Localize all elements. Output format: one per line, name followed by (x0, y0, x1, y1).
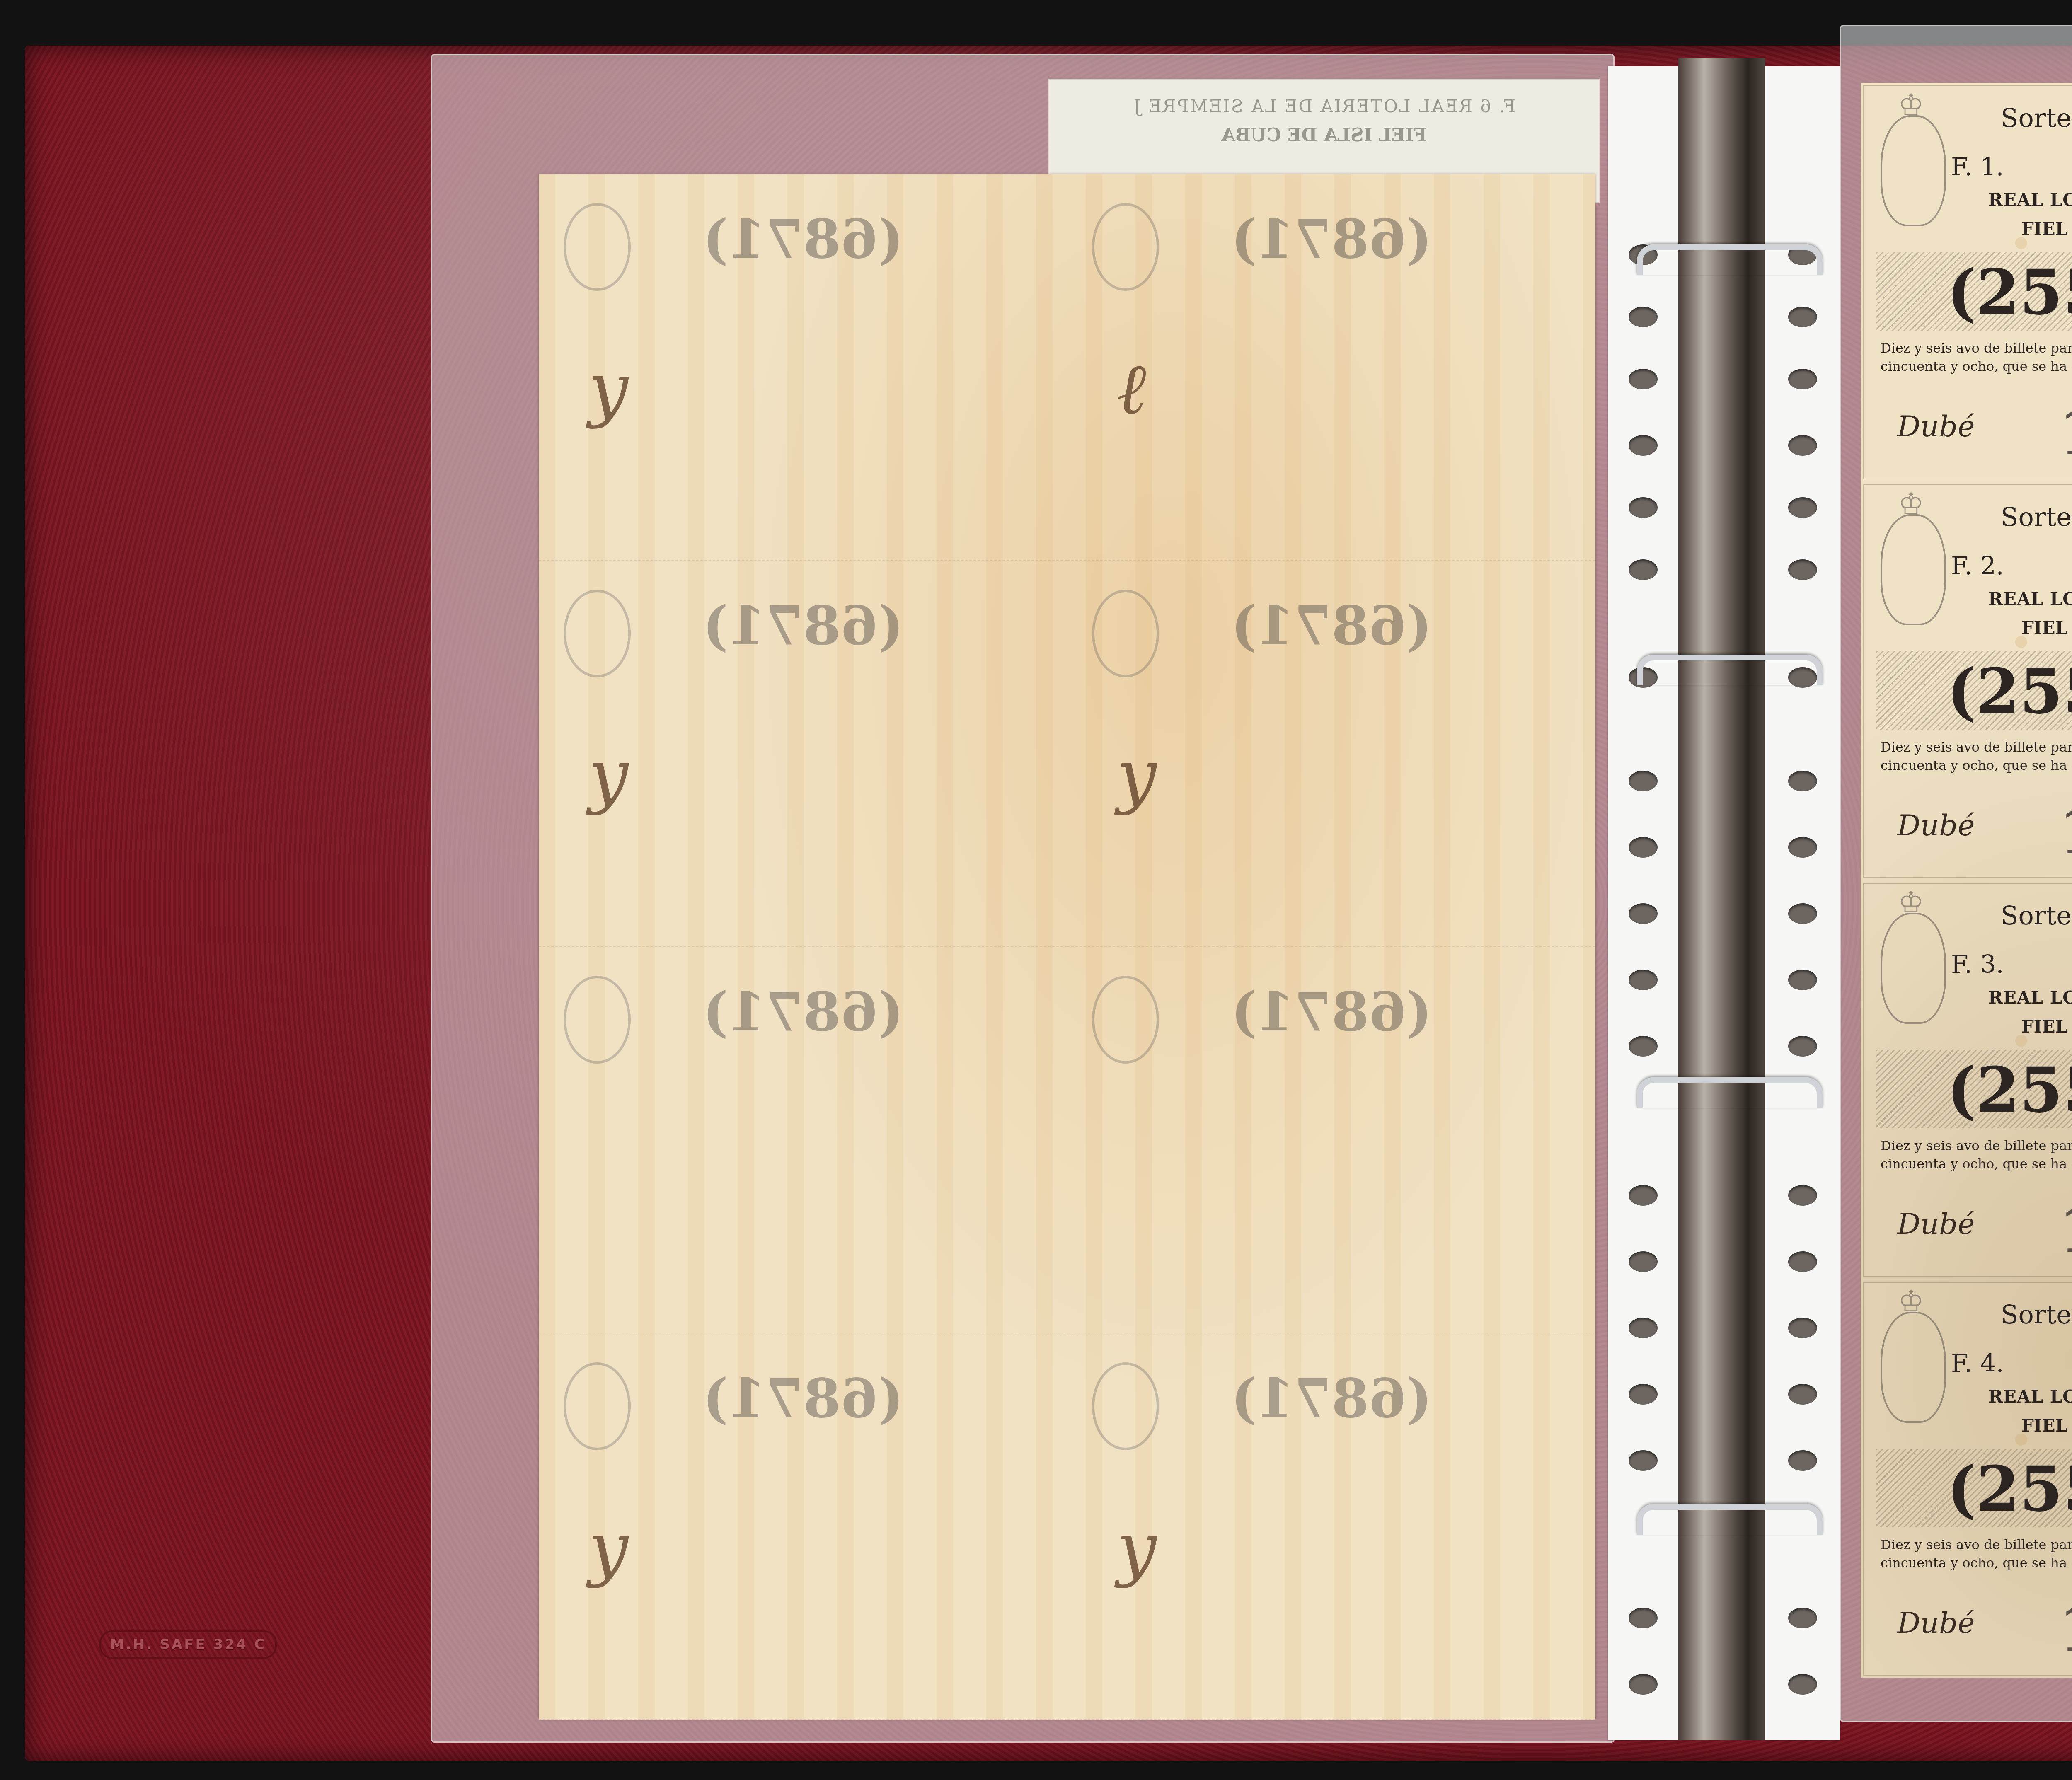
seal-icon (1092, 1362, 1159, 1450)
punch-hole (1788, 771, 1817, 791)
reverse-number: (6871) (702, 1366, 903, 1430)
reverse-number: (6871) (702, 207, 903, 271)
reverse-number: (6871) (702, 594, 903, 657)
binder-ring[interactable] (1637, 655, 1823, 685)
lottery-island: FIEL ISLA DE CUBA (2021, 1415, 2072, 1436)
reverse-number: (6871) (1231, 980, 1432, 1043)
lottery-name: REAL LOTERIA DE LA SIEMPRE (1988, 589, 2072, 609)
ticket-description: Diez y seis avo de billete para el sorte… (1881, 738, 2072, 774)
signature: Dubé (1897, 409, 1975, 443)
lottery-ticket: Sorteo número 758 F. 3. L REAL LOTERIA D… (1863, 883, 2072, 1277)
ticket-fraction-id: F. 2. (1951, 551, 2004, 580)
reverse-cell: (6871)y (539, 1333, 1067, 1720)
seal-icon (564, 1362, 631, 1450)
punch-hole (1788, 1384, 1817, 1405)
seal-icon (1092, 203, 1159, 291)
signature: Dubé (1897, 1207, 1975, 1241)
lottery-name: REAL LOTERIA DE LA SIEMPRE (1988, 1386, 2072, 1407)
ticket-number: (25571) (1947, 1453, 2072, 1526)
binder-ring[interactable] (1637, 1077, 1823, 1108)
handwriting: y (588, 1507, 628, 1589)
punch-hole (1788, 1608, 1817, 1628)
lottery-name: REAL LOTERIA DE LA SIEMPRE (1988, 190, 2072, 210)
lottery-ticket: Sorteo número 758 F. 2. G REAL LOTERIA D… (1863, 484, 2072, 878)
royal-crest-icon (1881, 514, 1946, 625)
punch-hole (1629, 307, 1658, 327)
royal-crest-icon (1881, 1312, 1946, 1423)
punch-hole (1629, 970, 1658, 990)
punch-hole (1629, 435, 1658, 456)
lottery-name: REAL LOTERIA DE LA SIEMPRE (1988, 987, 2072, 1008)
punch-hole (1788, 903, 1817, 924)
fraction-number: 16 (2059, 1594, 2072, 1666)
seal-icon (564, 590, 631, 677)
lottery-ticket: Sorteo número 758. F. 1. S REAL LOTERIA … (1863, 85, 2072, 479)
back-sheet-line2: FIEL ISLA DE CUBA (1049, 125, 1599, 146)
seal-icon (1092, 976, 1159, 1064)
draw-title: Sorteo número 758. (2001, 103, 2072, 133)
back-sheet-line1: F. 6 REAL LOTERIA DE LA SIEMPRE J (1049, 96, 1599, 116)
reverse-number: (6871) (1231, 1366, 1432, 1430)
punch-hole (1788, 435, 1817, 456)
seal-icon (564, 976, 631, 1064)
handwriting: y (588, 348, 628, 430)
punch-hole (1629, 497, 1658, 518)
draw-title: Sorteo número 758. (2001, 1299, 2072, 1330)
handwriting: ℓ (1117, 348, 1146, 430)
punch-hole (1788, 497, 1817, 518)
punch-hole (1788, 1450, 1817, 1471)
draw-title: Sorteo número 758 (2001, 900, 2072, 931)
fraction-number: 16 (2059, 1195, 2072, 1267)
signature: Dubé (1897, 808, 1975, 842)
seal-icon (1092, 590, 1159, 677)
punch-hole (1788, 307, 1817, 327)
right-ticket-sheet: Sorteo número 758. F. 1. S REAL LOTERIA … (1861, 83, 2072, 1678)
royal-crest-icon (1881, 115, 1946, 226)
punch-hole (1788, 1185, 1817, 1206)
ticket-number: (25571) (1947, 256, 2072, 329)
reverse-cell: (6871) (1067, 947, 1595, 1333)
fraction-number: 16 (2059, 397, 2072, 469)
reverse-cell: (6871)y (1067, 1333, 1595, 1720)
ticket-fraction-id: F. 4. (1951, 1349, 2004, 1378)
reverse-cell: (6871)y (1067, 561, 1595, 947)
seal-icon (564, 203, 631, 291)
punch-hole (1788, 1036, 1817, 1057)
binder-ring[interactable] (1637, 244, 1823, 275)
right-punch-strip (1765, 66, 1840, 1740)
punch-hole (1788, 1674, 1817, 1695)
handwriting: y (1117, 1507, 1157, 1589)
punch-hole (1629, 1036, 1658, 1057)
binder-ring[interactable] (1637, 1504, 1823, 1535)
punch-hole (1788, 369, 1817, 389)
reverse-cell: (6871)y (539, 561, 1067, 947)
ticket-fraction-id: F. 3. (1951, 950, 2004, 979)
handwriting: y (1117, 735, 1157, 817)
reverse-number: (6871) (1231, 207, 1432, 271)
punch-hole (1629, 771, 1658, 791)
fraction-number: 16 (2059, 796, 2072, 868)
punch-hole (1629, 559, 1658, 580)
signature: Dubé (1897, 1606, 1975, 1640)
ticket-fraction-id: F. 1. (1951, 152, 2004, 181)
punch-hole (1629, 1384, 1658, 1405)
punch-hole (1629, 837, 1658, 858)
reverse-number: (6871) (1231, 594, 1432, 657)
punch-hole (1629, 1251, 1658, 1272)
reverse-cell: (6871) (539, 947, 1067, 1333)
ticket-number: (25571) (1947, 655, 2072, 728)
punch-hole (1629, 1318, 1658, 1338)
punch-hole (1629, 1185, 1658, 1206)
lottery-island: FIEL ISLA DE CUBA (2021, 1016, 2072, 1037)
lottery-island: FIEL ISLA DE CUBA (2021, 618, 2072, 638)
punch-hole (1788, 837, 1817, 858)
punch-hole (1788, 559, 1817, 580)
ticket-number: (25571) (1947, 1054, 2072, 1127)
punch-hole (1629, 1674, 1658, 1695)
punch-hole (1788, 1318, 1817, 1338)
lottery-ticket: Sorteo número 758. F. 4. REAL LOTERIA DE… (1863, 1282, 2072, 1676)
left-reverse-ticket-sheet: (6871)y (6871)ℓ (6871)y (6871)y (6871) (… (539, 174, 1595, 1720)
punch-hole (1629, 1608, 1658, 1628)
punch-hole (1788, 1251, 1817, 1272)
reverse-number: (6871) (702, 980, 903, 1043)
punch-hole (1629, 1450, 1658, 1471)
ticket-description: Diez y seis avo de billete para el sorte… (1881, 1137, 2072, 1173)
draw-title: Sorteo número 758 (2001, 502, 2072, 532)
left-punch-strip (1608, 66, 1678, 1740)
ticket-description: Diez y seis avo de billete para el sorte… (1881, 1536, 2072, 1572)
ticket-description: Diez y seis avo de billete para el sorte… (1881, 339, 2072, 375)
lottery-island: FIEL ISLA DE CUBA (2021, 219, 2072, 239)
punch-hole (1629, 369, 1658, 389)
cover-emboss-label: M.H. SAFE 324 C (99, 1630, 277, 1659)
punch-hole (1788, 970, 1817, 990)
royal-crest-icon (1881, 913, 1946, 1024)
reverse-cell: (6871)ℓ (1067, 174, 1595, 561)
binder-spine (1678, 58, 1765, 1740)
punch-hole (1629, 903, 1658, 924)
handwriting: y (588, 735, 628, 817)
reverse-cell: (6871)y (539, 174, 1067, 561)
